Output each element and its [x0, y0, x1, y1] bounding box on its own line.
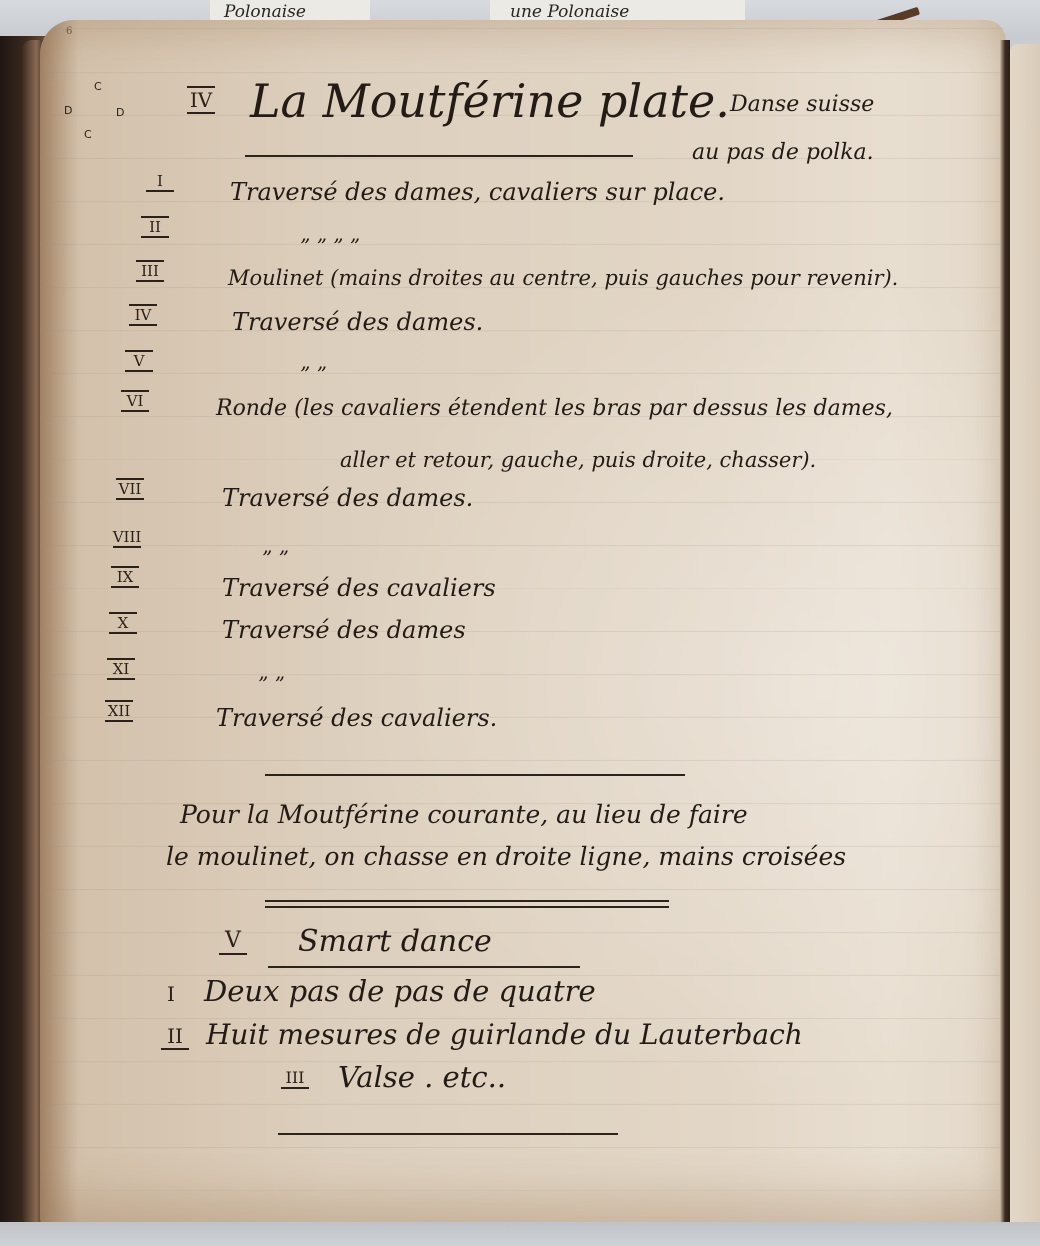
figure-text: Traversé des dames — [222, 616, 466, 644]
item-text: Valse . etc.. — [338, 1060, 506, 1094]
numeral-underline — [187, 112, 215, 114]
title-underline — [245, 155, 633, 157]
closing-rule — [278, 1133, 618, 1135]
figure-text: Traversé des cavaliers. — [216, 704, 497, 732]
figure-number: VIII — [112, 528, 142, 548]
figure-number: I — [145, 172, 175, 192]
figure-text: Ronde (les cavaliers étendent les bras p… — [216, 396, 893, 421]
facing-page-edge — [1010, 44, 1040, 1224]
section-iv-subtitle-line1: Danse suisse — [730, 92, 874, 117]
item-number: I — [156, 982, 186, 1006]
section-v-number: V — [218, 928, 248, 955]
figure-number: V — [124, 350, 154, 372]
figure-number: XII — [104, 700, 134, 722]
note-line-2: le moulinet, on chasse en droite ligne, … — [166, 842, 846, 871]
figure-text: Traversé des cavaliers — [222, 574, 496, 602]
double-rule-bottom — [265, 906, 669, 908]
ditto-marks: ” ” — [258, 672, 285, 696]
ditto-marks: ” ” — [262, 546, 289, 570]
section-iv-number: IV — [186, 86, 216, 114]
note-line-1: Pour la Moutférine courante, au lieu de … — [180, 800, 748, 829]
section-divider — [265, 774, 685, 776]
section-v-title-underline — [268, 966, 580, 968]
tab-slip-right-label: une Polonaise — [510, 2, 629, 22]
diagram-mark-dame: D — [64, 104, 72, 117]
section-iv-title: La Moutférine plate. — [250, 74, 730, 128]
page-gutter — [1000, 40, 1010, 1225]
section-v-title: Smart dance — [298, 924, 492, 959]
background-cloth-bottom — [0, 1222, 1040, 1246]
tab-slip-left-label: Polonaise — [224, 2, 306, 22]
section-iv-subtitle-line2: au pas de polka. — [692, 140, 874, 165]
figure-text: Traversé des dames. — [232, 308, 483, 336]
figure-text: Traversé des dames. — [222, 484, 473, 512]
figure-number: XI — [106, 658, 136, 680]
figure-number: IX — [110, 566, 140, 588]
figure-number: VI — [120, 390, 150, 412]
ditto-marks: ” ” ” ” — [300, 234, 360, 258]
figure-number: X — [108, 612, 138, 634]
figure-number: II — [140, 216, 170, 238]
item-number: III — [280, 1068, 310, 1089]
item-text: Deux pas de pas de quatre — [204, 974, 596, 1008]
figure-number: IV — [128, 304, 158, 326]
figure-number: VII — [115, 478, 145, 500]
diagram-mark-cavalier: C — [84, 128, 92, 141]
item-number: II — [160, 1024, 190, 1050]
figure-text: Traversé des dames, cavaliers sur place. — [230, 178, 725, 206]
page-number: 6 — [66, 26, 72, 37]
item-text: Huit mesures de guirlande du Lauterbach — [206, 1018, 803, 1051]
figure-text-continued: aller et retour, gauche, puis droite, ch… — [340, 448, 816, 472]
figure-text: Moulinet (mains droites au centre, puis … — [228, 266, 898, 290]
double-rule-top — [265, 900, 669, 902]
figure-number: III — [135, 260, 165, 282]
diagram-mark-cavalier: C — [94, 80, 102, 93]
ditto-marks: ” ” — [300, 362, 327, 386]
diagram-mark-dame: D — [116, 106, 124, 119]
